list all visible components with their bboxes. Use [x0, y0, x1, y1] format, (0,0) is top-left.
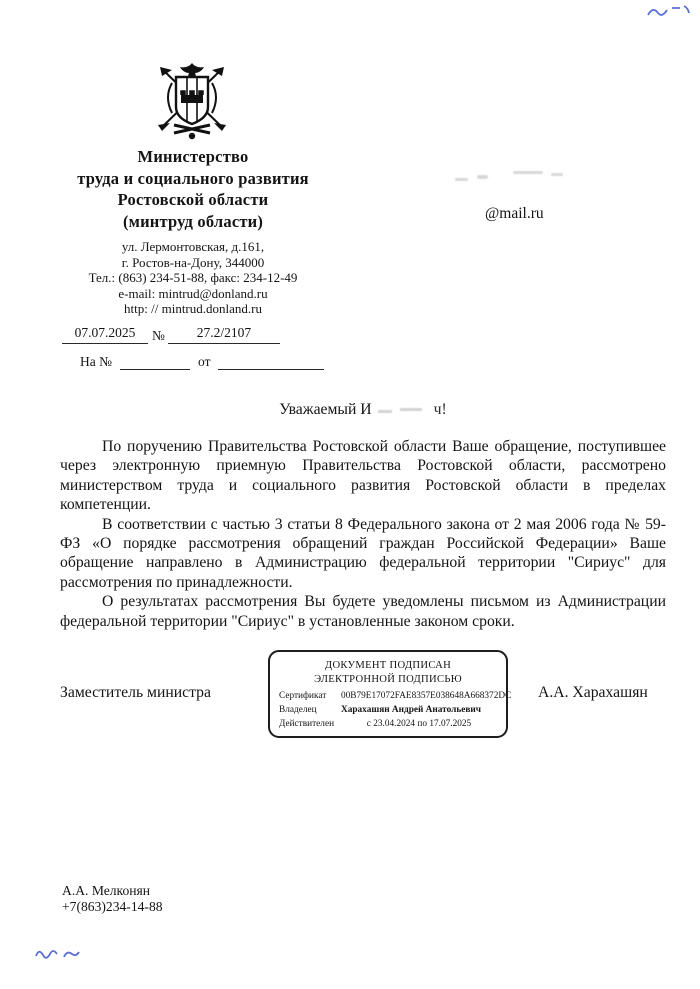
redacted-recipient-mark — [455, 178, 468, 181]
outgoing-reference-line: 07.07.2025№27.2/2107 — [62, 325, 280, 344]
stamp-title-line1: ДОКУМЕНТ ПОДПИСАН — [270, 659, 506, 673]
executor-name: А.А. Мелконян — [62, 883, 163, 899]
validity-label: Действителен — [279, 718, 341, 732]
certificate-label: Сертификат — [279, 690, 341, 704]
reply-number-label: На № — [80, 354, 112, 369]
ministry-name-line: труда и социального развития — [18, 168, 368, 190]
executor-phone: +7(863)234-14-88 — [62, 899, 163, 915]
ministry-name-block: Министерство труда и социального развити… — [18, 146, 368, 232]
address-street: ул. Лермонтовская, д.161, — [18, 239, 368, 255]
address-website: http: // mintrud.donland.ru — [18, 301, 368, 317]
address-phone: Тел.: (863) 234-51-88, факс: 234-12-49 — [18, 270, 368, 286]
scanned-letter-page: Министерство труда и социального развити… — [0, 0, 700, 989]
pen-mark-bottom-left — [34, 944, 82, 962]
redacted-recipient-mark — [551, 173, 563, 176]
stamp-title: ДОКУМЕНТ ПОДПИСАН ЭЛЕКТРОННОЙ ПОДПИСЬЮ — [270, 659, 506, 686]
reply-number-blank — [120, 356, 190, 370]
ministry-name-line: (минтруд области) — [18, 211, 368, 233]
salutation-suffix: ч! — [434, 401, 447, 418]
outgoing-number: 27.2/2107 — [168, 325, 280, 344]
salutation-prefix: Уважаемый И — [279, 401, 371, 418]
outgoing-date: 07.07.2025 — [62, 325, 148, 344]
reply-reference-line: На №от — [80, 354, 324, 370]
reply-date-blank — [218, 356, 324, 370]
redacted-name-gap — [372, 404, 434, 414]
recipient-email-fragment: @mail.ru — [485, 205, 544, 223]
redacted-recipient-mark — [477, 175, 488, 179]
stamp-validity-row: Действителен с 23.04.2024 по 17.07.2025 — [279, 718, 497, 732]
ministry-address-block: ул. Лермонтовская, д.161, г. Ростов-на-Д… — [18, 239, 368, 317]
stamp-owner-row: Владелец Харахашян Андрей Анатольевич — [279, 704, 497, 718]
salutation-line: Уважаемый Ич! — [60, 401, 666, 419]
stamp-title-line2: ЭЛЕКТРОННОЙ ПОДПИСЬЮ — [270, 673, 506, 687]
pen-mark-top-right — [646, 2, 692, 20]
owner-value: Харахашян Андрей Анатольевич — [341, 704, 497, 718]
body-paragraph: По поручению Правительства Ростовской об… — [60, 437, 666, 515]
signer-name: А.А. Харахашян — [538, 684, 648, 702]
stamp-certificate-row: Сертификат 00B79E17072FAE8357E038648A668… — [279, 690, 497, 704]
address-email: e-mail: mintrud@donland.ru — [18, 286, 368, 302]
reply-from-label: от — [198, 354, 210, 369]
body-paragraph: В соответствии с частью 3 статьи 8 Федер… — [60, 515, 666, 593]
ministry-name-line: Министерство — [18, 146, 368, 168]
owner-label: Владелец — [279, 704, 341, 718]
stamp-fields: Сертификат 00B79E17072FAE8357E038648A668… — [270, 690, 506, 731]
number-sign: № — [152, 328, 165, 344]
body-paragraph: О результатах рассмотрения Вы будете уве… — [60, 592, 666, 631]
redacted-recipient-mark — [513, 171, 543, 174]
rostov-oblast-coat-of-arms-icon — [154, 61, 230, 141]
validity-value: с 23.04.2024 по 17.07.2025 — [341, 718, 497, 732]
electronic-signature-stamp: ДОКУМЕНТ ПОДПИСАН ЭЛЕКТРОННОЙ ПОДПИСЬЮ С… — [268, 650, 508, 738]
certificate-value: 00B79E17072FAE8357E038648A668372DC — [341, 690, 511, 704]
address-city: г. Ростов-на-Дону, 344000 — [18, 255, 368, 271]
ministry-name-line: Ростовской области — [18, 189, 368, 211]
signer-position: Заместитель министра — [60, 684, 211, 702]
executor-block: А.А. Мелконян +7(863)234-14-88 — [62, 883, 163, 915]
letter-body: По поручению Правительства Ростовской об… — [60, 437, 666, 631]
